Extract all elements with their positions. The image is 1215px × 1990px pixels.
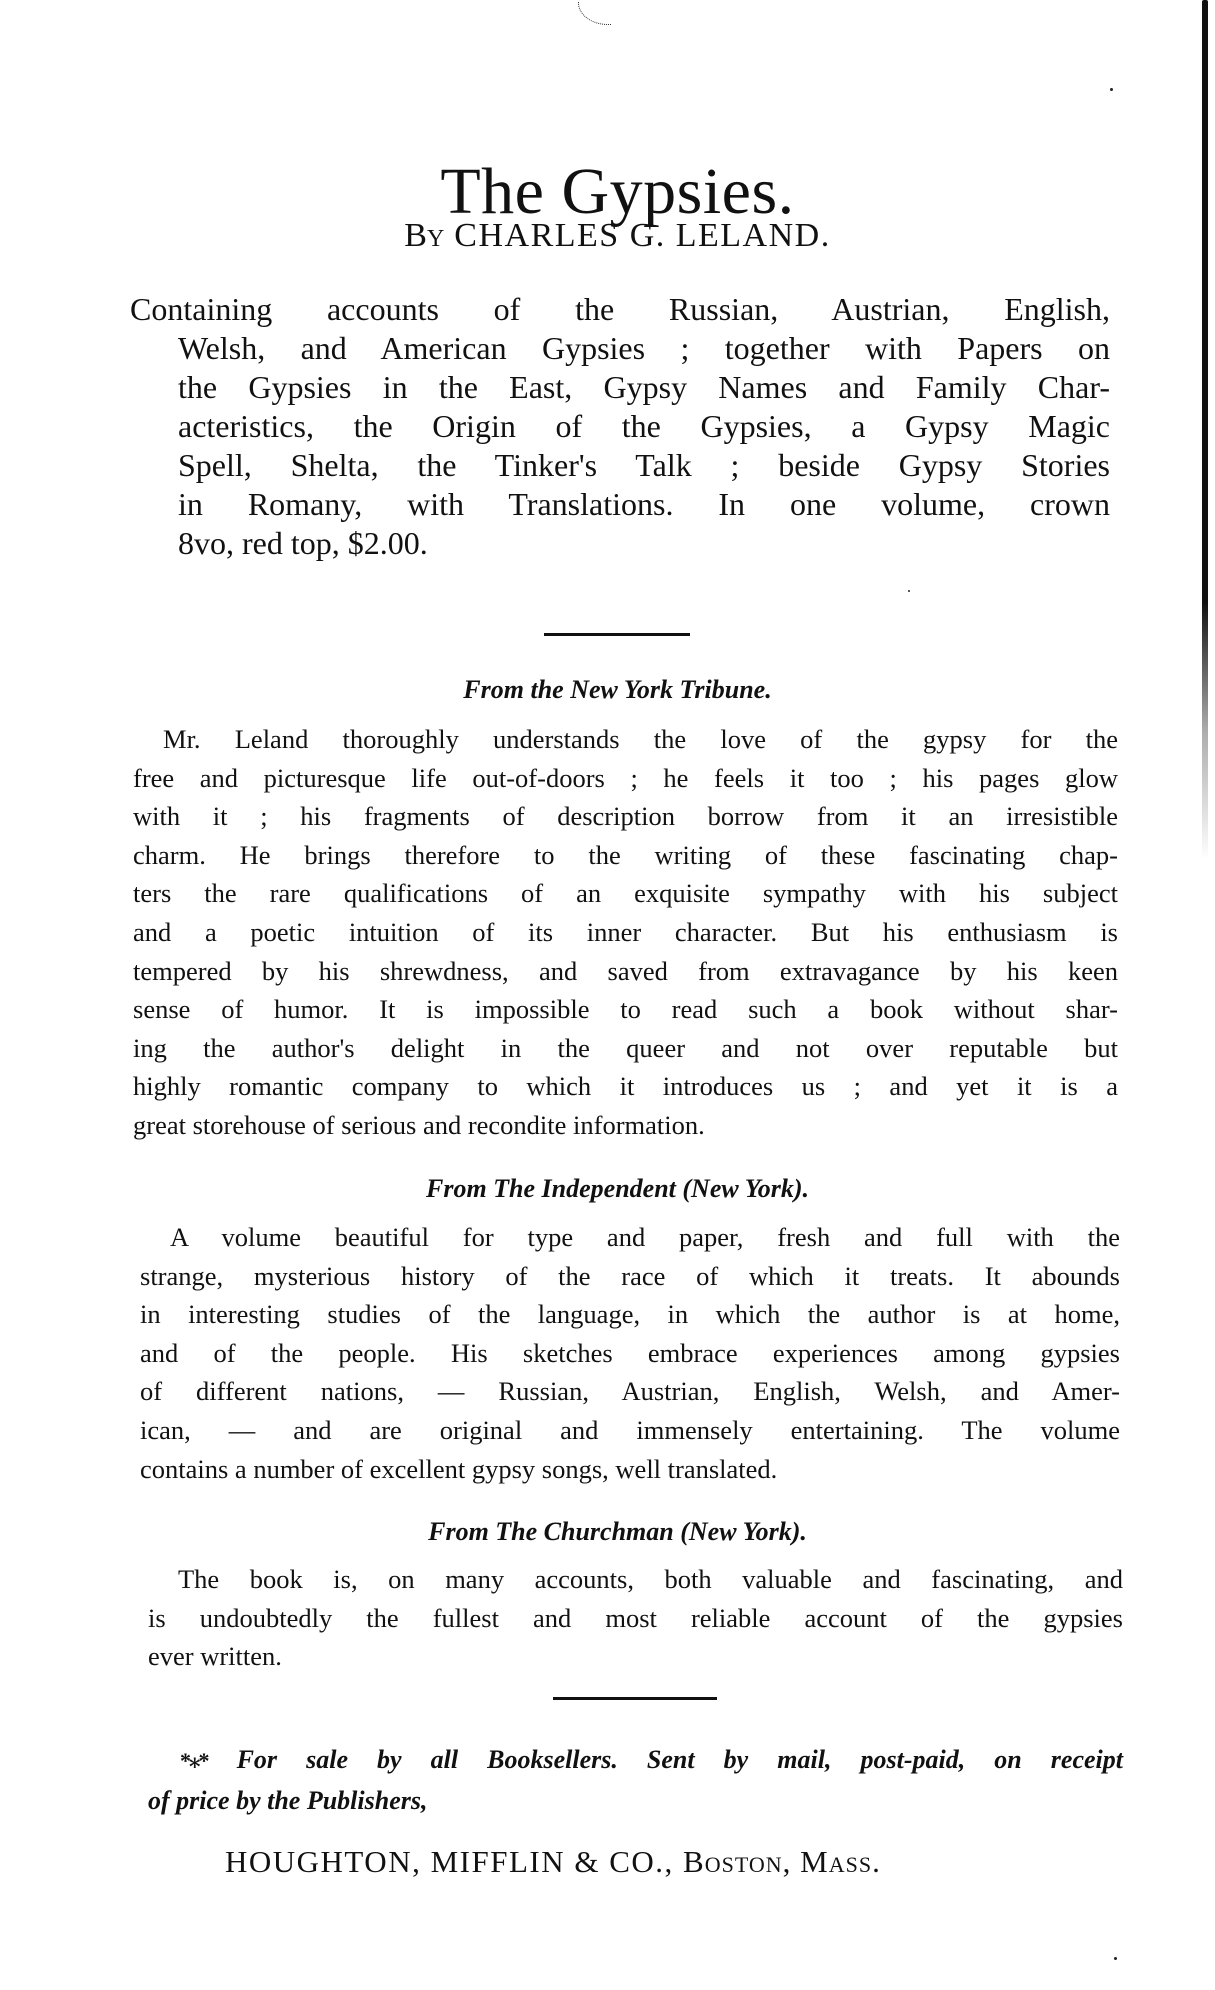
scan-artifact (578, 2, 611, 25)
review-source-churchman: From The Churchman (New York). (0, 1515, 1215, 1549)
sale-notice-line: of price by the Publishers, (148, 1781, 1123, 1821)
sale-notice-line: *⁎* For sale by all Booksellers. Sent by… (148, 1740, 1123, 1781)
review-line: A volume beautiful for type and paper, f… (140, 1218, 1120, 1257)
sale-notice: *⁎* For sale by all Booksellers. Sent by… (148, 1740, 1123, 1821)
review-line: ing the author's delight in the queer an… (133, 1029, 1118, 1068)
review-line: great storehouse of serious and recondit… (133, 1106, 1118, 1145)
description-line: acteristics, the Origin of the Gypsies, … (130, 407, 1110, 446)
review-source-tribune: From the New York Tribune. (0, 673, 1215, 707)
publisher-name: HOUGHTON, MIFFLIN & CO., (225, 1844, 674, 1879)
review-line: is undoubtedly the fullest and most reli… (148, 1599, 1123, 1638)
asterism-icon: *⁎* (180, 1748, 208, 1773)
review-line: and of the people. His sketches embrace … (140, 1334, 1120, 1373)
review-line: The book is, on many accounts, both valu… (148, 1560, 1123, 1599)
publisher-imprint: HOUGHTON, MIFFLIN & CO., Boston, Mass. (225, 1842, 881, 1882)
review-line: in interesting studies of the language, … (140, 1295, 1120, 1334)
author-name: CHARLES G. LELAND. (454, 217, 830, 254)
review-line: ican, — and are original and immensely e… (140, 1411, 1120, 1450)
review-line: ever written. (148, 1637, 1123, 1676)
review-line: Mr. Leland thoroughly understands the lo… (133, 720, 1118, 759)
review-body-churchman: The book is, on many accounts, both valu… (148, 1560, 1123, 1676)
review-line: free and picturesque life out-of-doors ;… (133, 759, 1118, 798)
review-line: and a poetic intuition of its inner char… (133, 913, 1118, 952)
review-line: strange, mysterious history of the race … (140, 1257, 1120, 1296)
page-edge-shadow (1202, 0, 1208, 860)
scan-speck (908, 590, 910, 592)
review-body-independent: A volume beautiful for type and paper, f… (140, 1218, 1120, 1488)
scan-speck (1114, 1957, 1117, 1960)
book-description: Containing accounts of the Russian, Aust… (130, 290, 1110, 563)
description-line: Welsh, and American Gypsies ; together w… (130, 329, 1110, 368)
description-line: Containing accounts of the Russian, Aust… (130, 290, 1110, 329)
byline: By CHARLES G. LELAND. (0, 215, 1215, 257)
review-source-independent: From The Independent (New York). (0, 1172, 1215, 1206)
description-line: the Gypsies in the East, Gypsy Names and… (130, 368, 1110, 407)
review-line: tempered by his shrewdness, and saved fr… (133, 952, 1118, 991)
section-divider (544, 633, 690, 636)
section-divider (553, 1697, 717, 1700)
review-line: contains a number of excellent gypsy son… (140, 1450, 1120, 1489)
review-line: highly romantic company to which it intr… (133, 1067, 1118, 1106)
scan-speck (1110, 88, 1113, 91)
review-line: sense of humor. It is impossible to read… (133, 990, 1118, 1029)
review-line: with it ; his fragments of description b… (133, 797, 1118, 836)
description-line: Spell, Shelta, the Tinker's Talk ; besid… (130, 446, 1110, 485)
review-body-tribune: Mr. Leland thoroughly understands the lo… (133, 720, 1118, 1145)
sale-notice-text: For sale by all Booksellers. Sent by mai… (237, 1745, 1123, 1774)
review-line: of different nations, — Russian, Austria… (140, 1372, 1120, 1411)
publisher-city: Boston, Mass. (683, 1844, 881, 1879)
review-line: ters the rare qualifications of an exqui… (133, 874, 1118, 913)
byline-prefix: By (404, 217, 444, 254)
description-price-line: 8vo, red top, $2.00. (130, 524, 1110, 563)
description-line: in Romany, with Translations. In one vol… (130, 485, 1110, 524)
review-line: charm. He brings therefore to the writin… (133, 836, 1118, 875)
